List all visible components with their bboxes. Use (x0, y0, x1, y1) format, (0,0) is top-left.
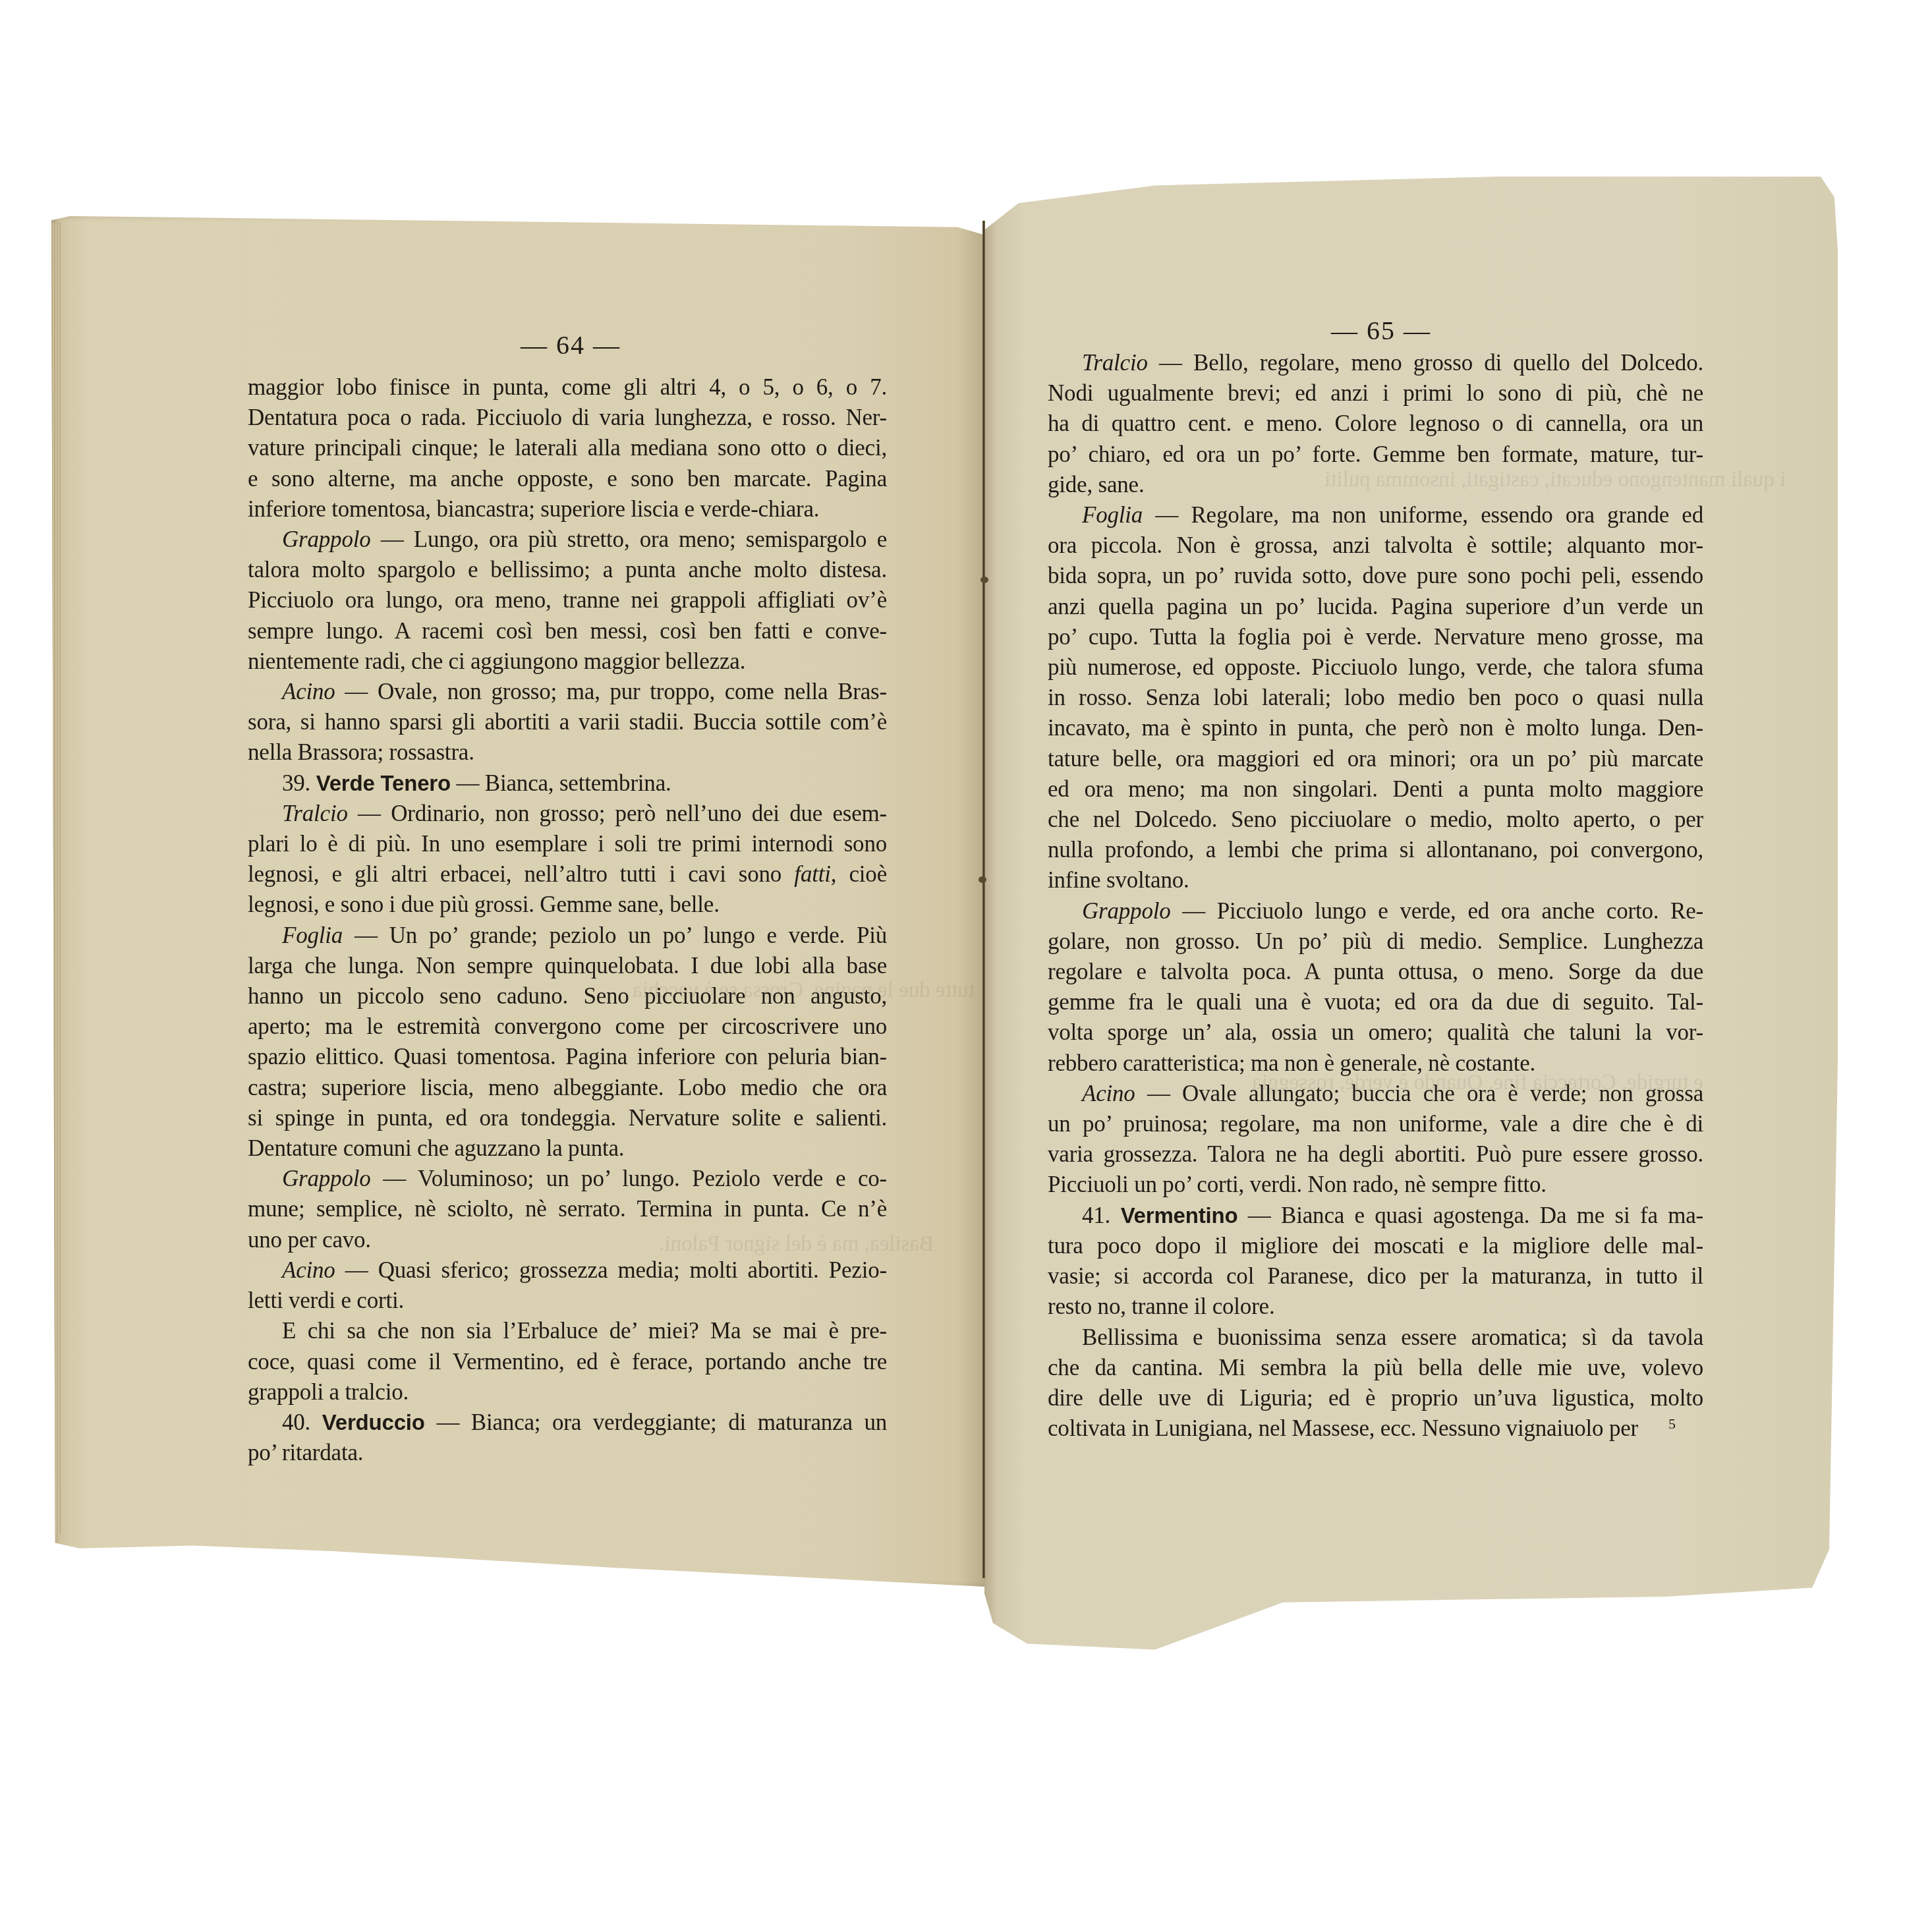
text-line: legnosi, e sono i due più grossi. Gemme … (248, 890, 887, 920)
text-line: tature belle, ora maggiori ed ora minori… (1048, 744, 1703, 774)
text-line: regolare e talvolta poca. A punta ottusa… (1048, 957, 1703, 987)
section-label: Acino (282, 1257, 335, 1283)
text-line: mune; semplice, nè sciolto, nè serrato. … (248, 1194, 887, 1224)
text-line: varia grossezza. Talora ne ha degli abor… (1048, 1139, 1703, 1170)
text-line: sora, si hanno sparsi gli abortiti a var… (248, 707, 887, 737)
text-line: resto no, tranne il colore. (1048, 1292, 1703, 1322)
variety-heading: Verduccio (322, 1410, 425, 1435)
text-line: gemme fra le quali una è vuota; ed ora d… (1048, 987, 1703, 1017)
section-label: Foglia (282, 923, 343, 948)
section-label: Grappolo (282, 1166, 371, 1191)
text-line: legnosi, e gli altri erbacei, nell’altro… (248, 859, 887, 890)
text-line: sempre lungo. A racemi così ben messi, c… (248, 616, 887, 646)
text-line: gide, sane. (1048, 470, 1703, 500)
text-line: hanno un piccolo seno caduno. Seno picci… (248, 981, 887, 1011)
text-line: maggior lobo finisce in punta, come gli … (248, 372, 887, 403)
text-line: Tralcio — Bello, regolare, meno grosso d… (1048, 348, 1703, 378)
text-line: 40. Verduccio — Bianca; ora verdeggiante… (248, 1407, 887, 1438)
text-line: si spinge in punta, ed ora tondeggia. Ne… (248, 1103, 887, 1133)
text-line: po’ chiaro, ed ora un po’ forte. Gemme b… (1048, 440, 1703, 470)
text-line: Acino — Quasi sferico; grossezza media; … (248, 1255, 887, 1286)
text-line: uno per cavo. (248, 1225, 887, 1255)
text-line: vasie; si accorda col Paranese, dico per… (1048, 1261, 1703, 1292)
text-line: nulla profondo, a lembi che prima si all… (1048, 835, 1703, 865)
text-line: po’ ritardata. (248, 1438, 887, 1468)
page-number-65: — 65 — (1331, 315, 1431, 346)
section-label: Grappolo (1082, 898, 1171, 924)
text-line: un po’ pruinosa; regolare, ma non unifor… (1048, 1109, 1703, 1139)
text-line: ha di quattro cent. e meno. Colore legno… (1048, 409, 1703, 439)
text-line: Acino — Ovale, non grosso; ma, pur tropp… (248, 677, 887, 707)
text-line: volta sporge un’ ala, ossia un omero; qu… (1048, 1017, 1703, 1048)
text-line: 39. Verde Tenero — Bianca, settembrina. (248, 768, 887, 799)
text-line: inferiore tomentosa, biancastra; superio… (248, 494, 887, 525)
text-line: dire delle uve di Liguria; ed è proprio … (1048, 1383, 1703, 1413)
text-line: grappoli a tralcio. (248, 1377, 887, 1407)
text-line: aperto; ma le estremità convergono come … (248, 1011, 887, 1042)
page-number-64: — 64 — (521, 329, 621, 360)
right-page-body: Tralcio — Bello, regolare, meno grosso d… (1048, 348, 1703, 1444)
variety-heading: Vermentino (1121, 1203, 1238, 1228)
text-line: Picciuoli un po’ corti, verdi. Non rado,… (1048, 1170, 1703, 1200)
section-label: Acino (1082, 1081, 1135, 1106)
text-line: Grappolo — Voluminoso; un po’ lungo. Pez… (248, 1164, 887, 1194)
text-line: castra; superiore liscia, meno albeggian… (248, 1073, 887, 1103)
text-line: Acino — Ovale allungato; buccia che ora … (1048, 1079, 1703, 1109)
text-line: E chi sa che non sia l’Erbaluce de’ miei… (248, 1316, 887, 1346)
text-line: 41. Vermentino — Bianca e quasi agosteng… (1048, 1201, 1703, 1231)
page-stack-edge (51, 223, 61, 1534)
text-line: rebbero caratteristica; ma non è general… (1048, 1048, 1703, 1079)
text-line: spazio elittico. Quasi tomentosa. Pagina… (248, 1042, 887, 1072)
text-line: infine svoltano. (1048, 865, 1703, 895)
text-line: che nel Dolcedo. Seno picciuolare o medi… (1048, 805, 1703, 835)
text-line: bida sopra, un po’ ruvida sotto, dove pu… (1048, 561, 1703, 591)
text-line: tura poco dopo il migliore dei moscati e… (1048, 1231, 1703, 1261)
section-label: Foglia (1082, 502, 1143, 528)
text-line: Bellissima e buonissima senza essere aro… (1048, 1322, 1703, 1353)
text-line: Grappolo — Lungo, ora più stretto, ora m… (248, 525, 887, 555)
text-line: Dentature comuni che aguzzano la punta. (248, 1133, 887, 1164)
text-line: plari lo è di più. In uno esemplare i so… (248, 829, 887, 859)
text-line: letti verdi e corti. (248, 1286, 887, 1316)
open-book: tutte due le pagine. Grossa se è vecchia… (0, 0, 1932, 1932)
book-spine (982, 221, 985, 1578)
text-line: ed ora meno; ma non singolari. Denti a p… (1048, 774, 1703, 805)
text-line: anzi quella pagina un po’ lucida. Pagina… (1048, 592, 1703, 622)
text-line: Foglia — Regolare, ma non uniforme, esse… (1048, 500, 1703, 530)
binding-thread-knot (979, 876, 986, 883)
binding-thread-knot (980, 577, 988, 583)
text-line: Nodi ugualmente brevi; ed anzi i primi l… (1048, 378, 1703, 409)
text-line: nientemente radi, che ci aggiungono magg… (248, 646, 887, 677)
text-line: vature principali cinque; le laterali al… (248, 433, 887, 463)
text-line: Picciuolo ora lungo, ora meno, tranne ne… (248, 585, 887, 615)
section-label: Tralcio (1082, 350, 1148, 376)
text-line: po’ cupo. Tutta la foglia poi è verde. N… (1048, 622, 1703, 652)
text-line: larga che lunga. Non sempre quinquelobat… (248, 951, 887, 981)
variety-heading: Verde Tenero (316, 771, 451, 795)
text-line: ora piccola. Non è grossa, anzi talvolta… (1048, 530, 1703, 561)
text-line: che da cantina. Mi sembra la più bella d… (1048, 1353, 1703, 1383)
text-line: coltivata in Lunigiana, nel Massese, ecc… (1048, 1413, 1703, 1444)
text-line: nella Brassora; rossastra. (248, 737, 887, 768)
section-label: Tralcio (282, 801, 348, 826)
text-line: più numerose, ed opposte. Picciuolo lung… (1048, 652, 1703, 683)
text-line: Tralcio — Ordinario, non grosso; però ne… (248, 799, 887, 829)
text-line: golare, non grosso. Un po’ più di medio.… (1048, 926, 1703, 957)
section-label: Acino (282, 679, 335, 704)
section-label: Grappolo (282, 526, 371, 552)
text-line: Dentatura poca o rada. Picciuolo di vari… (248, 403, 887, 433)
text-line: in rosso. Senza lobi laterali; lobo medi… (1048, 683, 1703, 713)
left-page-body: maggior lobo finisce in punta, come gli … (248, 372, 887, 1468)
text-line: e sono alterne, ma anche opposte, e sono… (248, 464, 887, 494)
text-line: Foglia — Un po’ grande; peziolo un po’ l… (248, 921, 887, 951)
text-line: Grappolo — Picciuolo lungo e verde, ed o… (1048, 896, 1703, 926)
text-line: talora molto spargolo e bellissimo; a pu… (248, 555, 887, 585)
text-line: coce, quasi come il Vermentino, ed è fer… (248, 1347, 887, 1377)
text-line: incavato, ma è spinto in punta, che però… (1048, 713, 1703, 743)
